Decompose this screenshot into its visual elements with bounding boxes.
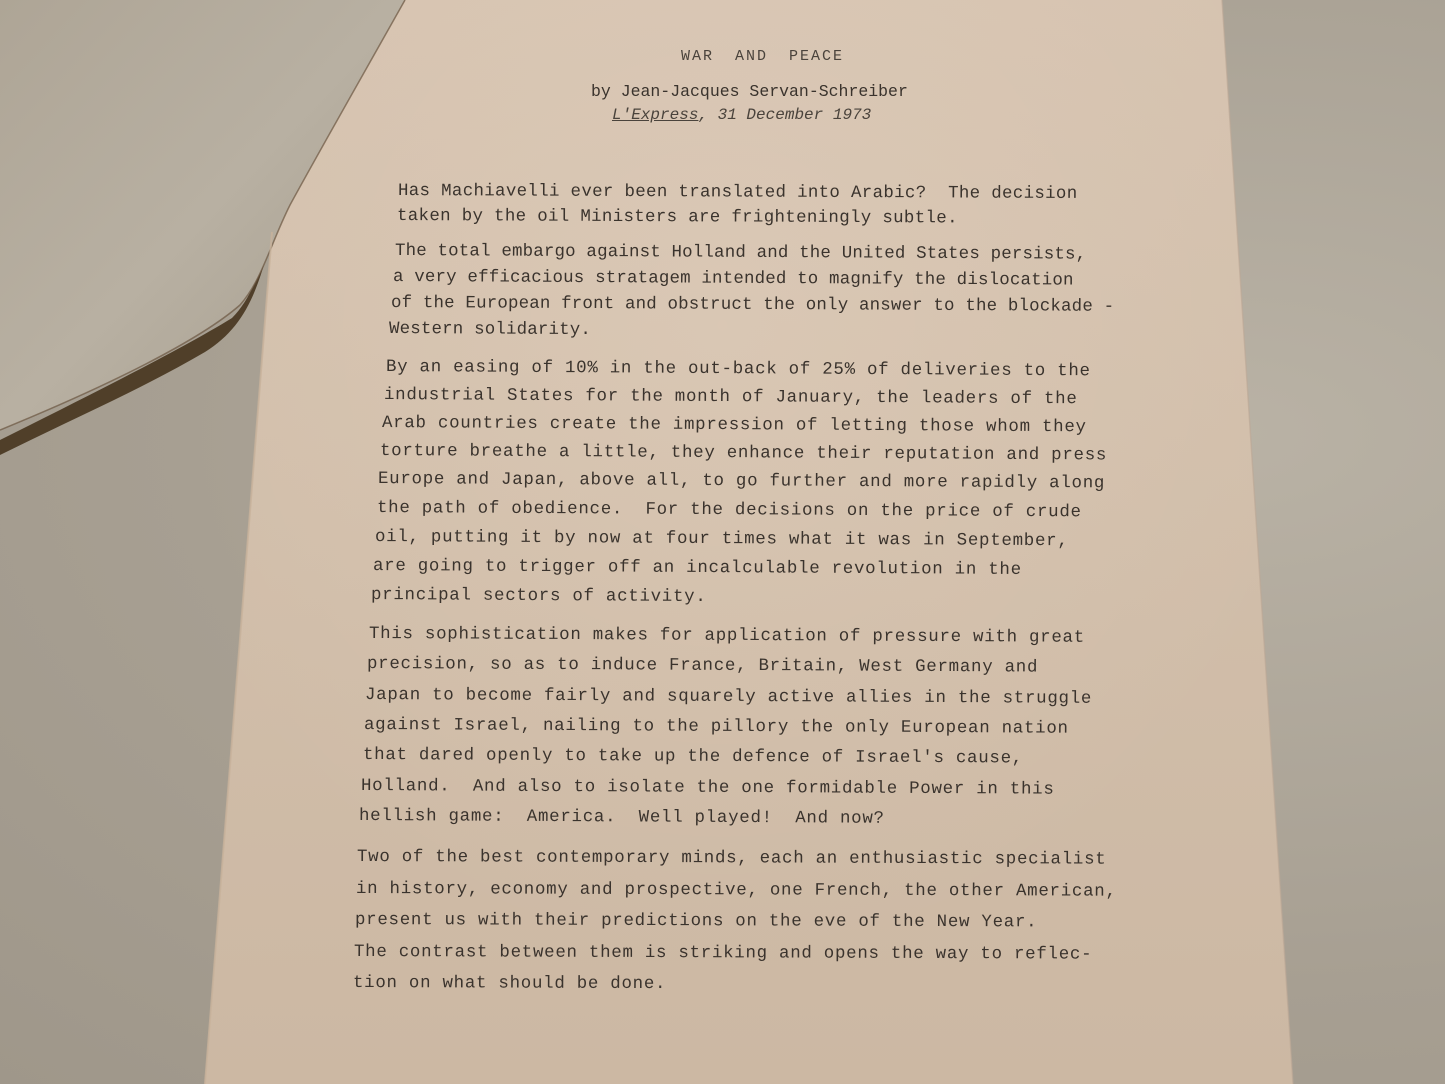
- text-line: Arab countries create the impression of …: [382, 414, 1087, 437]
- publication-date: , 31 December 1973: [698, 106, 871, 124]
- text-line: This sophistication makes for applicatio…: [369, 625, 1085, 648]
- text-line: By an easing of 10% in the out-back of 2…: [386, 358, 1091, 381]
- text-line: Japan to become fairly and squarely acti…: [365, 686, 1092, 709]
- text-line: present us with their predictions on the…: [355, 911, 1037, 932]
- text-line: hellish game: America. Well played! And …: [359, 807, 885, 829]
- document-byline: by Jean-Jacques Servan-Schreiber: [591, 82, 908, 101]
- text-line: the path of obedience. For the decisions…: [377, 499, 1082, 522]
- text-line: oil, putting it by now at four times wha…: [375, 528, 1069, 551]
- text-line: of the European front and obstruct the o…: [391, 294, 1114, 317]
- text-line: against Israel, nailing to the pillory t…: [364, 716, 1069, 739]
- text-line: in history, economy and prospective, one…: [356, 880, 1117, 902]
- text-line: precision, so as to induce France, Brita…: [367, 655, 1038, 678]
- text-line: principal sectors of activity.: [371, 586, 707, 607]
- text-line: a very efficacious stratagem intended to…: [393, 268, 1074, 291]
- text-line: The contrast between them is striking an…: [354, 943, 1092, 965]
- text-line: Holland. And also to isolate the one for…: [361, 777, 1055, 800]
- text-line: torture breathe a little, they enhance t…: [380, 442, 1107, 465]
- publication-name: L'Express: [612, 106, 698, 124]
- document-title: WAR AND PEACE: [681, 48, 844, 65]
- text-line: Two of the best contemporary minds, each…: [357, 848, 1107, 870]
- text-line: tion on what should be done.: [353, 974, 666, 994]
- text-line: Europe and Japan, above all, to go furth…: [378, 470, 1105, 493]
- text-line: that dared openly to take up the defence…: [363, 746, 1023, 768]
- document-content: WAR AND PEACE by Jean-Jacques Servan-Sch…: [0, 0, 1445, 1084]
- text-line: industrial States for the month of Janua…: [384, 386, 1078, 409]
- text-line: Western solidarity.: [389, 320, 591, 340]
- text-line: The total embargo against Holland and th…: [395, 242, 1086, 265]
- text-line: Has Machiavelli ever been translated int…: [398, 182, 1078, 204]
- text-line: are going to trigger off an incalculable…: [373, 557, 1022, 580]
- text-line: taken by the oil Ministers are frighteni…: [397, 207, 958, 228]
- document-source: L'Express, 31 December 1973: [612, 106, 871, 124]
